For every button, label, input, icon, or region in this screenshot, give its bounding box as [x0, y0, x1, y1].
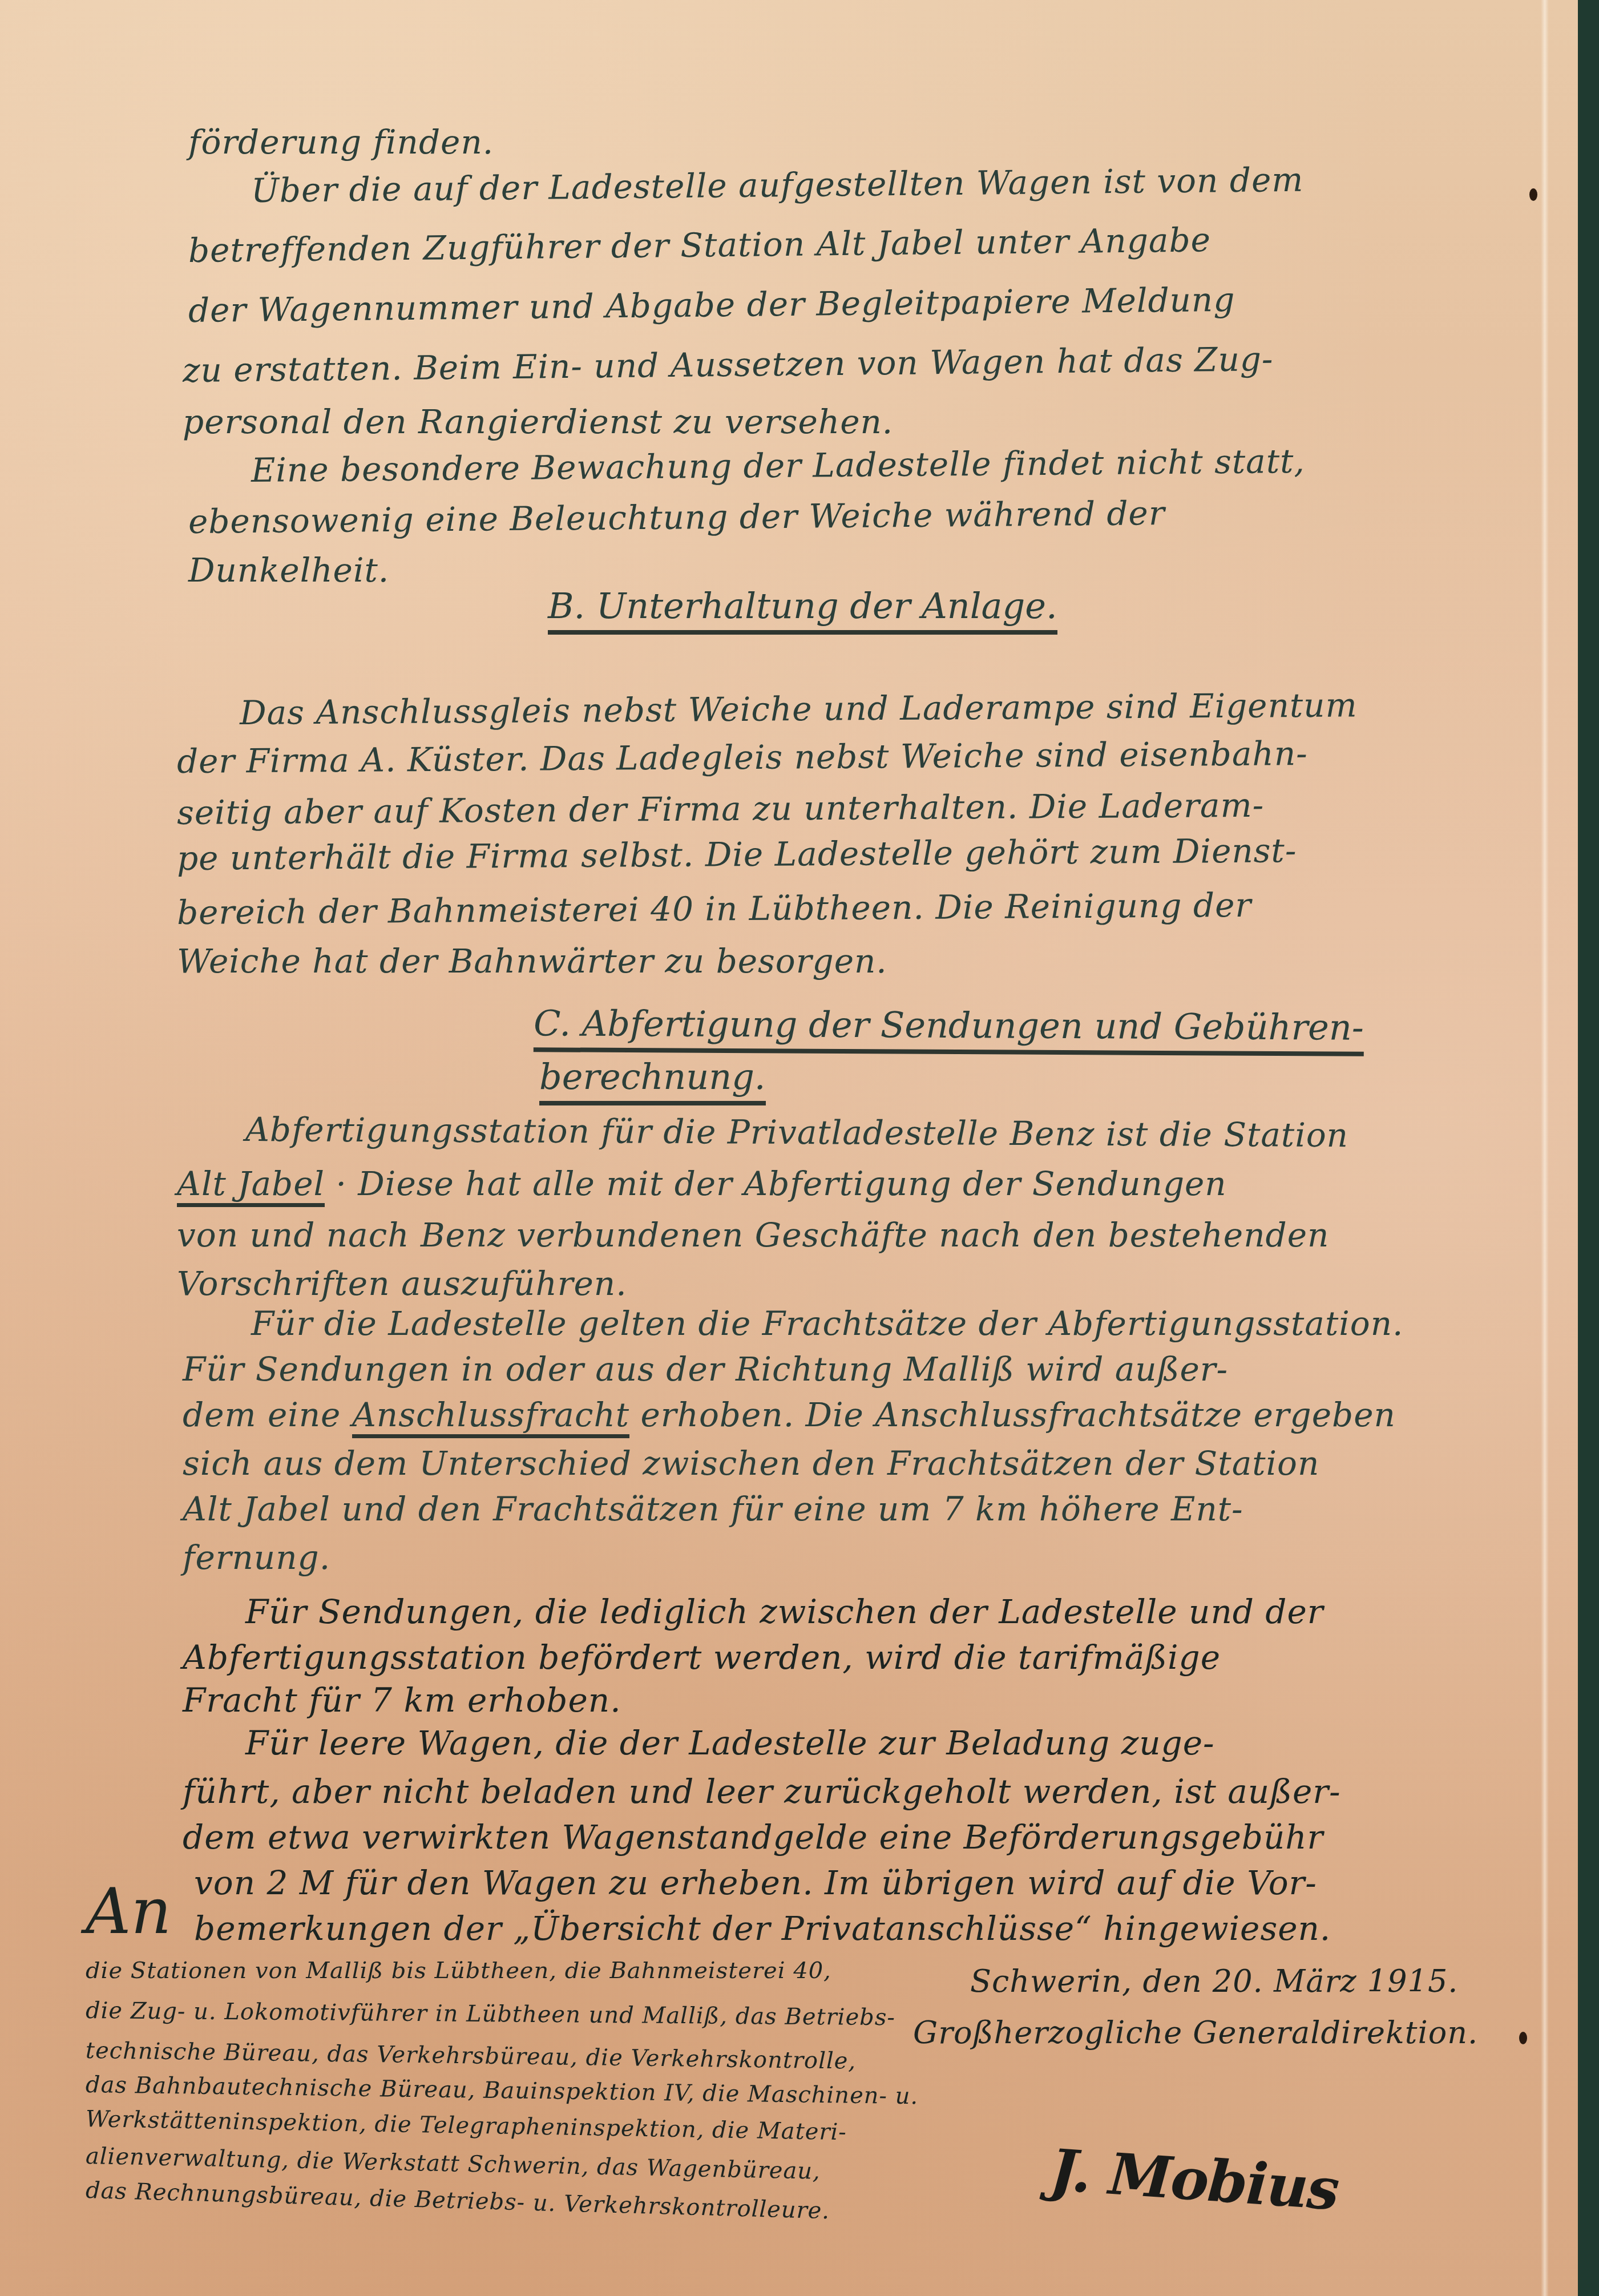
- text-line: führt, aber nicht beladen und leer zurüc…: [183, 1772, 1341, 1811]
- text-line-start: dem eine: [183, 1395, 352, 1434]
- text-line: Fracht für 7 km erhoben.: [183, 1681, 621, 1720]
- signature: J. Mobius: [1048, 2136, 1341, 2224]
- text-line: seitig aber auf Kosten der Firma zu unte…: [177, 786, 1265, 832]
- text-line: Abfertigungsstation befördert werden, wi…: [183, 1638, 1221, 1677]
- text-line: der Wagennummer und Abgabe der Begleitpa…: [188, 280, 1235, 330]
- text-line: der Firma A. Küster. Das Ladegleis nebst…: [177, 734, 1308, 781]
- text-line: Alt Jabel und den Frachtsätzen für eine …: [183, 1490, 1243, 1528]
- text-line: Für Sendungen, die lediglich zwischen de…: [245, 1592, 1324, 1631]
- distribution-margin-mark: An: [86, 1875, 171, 1948]
- place-date: Schwerin, den 20. März 1915.: [970, 1963, 1458, 1999]
- text-line: pe unterhält die Firma selbst. Die Lades…: [177, 831, 1297, 878]
- text-line: dem eine Anschlussfracht erhoben. Die An…: [183, 1395, 1396, 1434]
- text-line: bemerkungen der „Übersicht der Privatans…: [194, 1909, 1331, 1948]
- text-line: ebensowenig eine Beleuchtung der Weiche …: [188, 494, 1165, 541]
- text-line: von und nach Benz verbundenen Geschäfte …: [177, 1216, 1329, 1254]
- text-line-rest: · Diese hat alle mit der Abfertigung der…: [325, 1164, 1227, 1203]
- text-line: förderung finden.: [188, 123, 494, 162]
- text-line: Das Anschlussgleis nebst Weiche und Lade…: [240, 685, 1358, 732]
- paper-hole: [1529, 188, 1537, 201]
- text-line: personal den Rangierdienst zu versehen.: [183, 402, 893, 441]
- distribution-line: Werkstätteninspektion, die Telegraphenin…: [86, 2106, 847, 2145]
- paper-fold: [1541, 0, 1549, 2296]
- text-line: fernung.: [183, 1538, 330, 1577]
- text-line: dem etwa verwirkten Wagenstandgelde eine…: [183, 1818, 1323, 1857]
- text-line: Eine besondere Bewachung der Ladestelle …: [251, 442, 1305, 490]
- text-line: betreffenden Zugführer der Station Alt J…: [188, 220, 1212, 270]
- text-line: Für die Ladestelle gelten die Frachtsätz…: [251, 1304, 1403, 1343]
- text-line: Weiche hat der Bahnwärter zu besorgen.: [177, 942, 887, 980]
- distribution-line: das Rechnungsbüreau, die Betriebs- u. Ve…: [85, 2177, 830, 2224]
- text-line: sich aus dem Unterschied zwischen den Fr…: [183, 1444, 1319, 1483]
- distribution-line: das Bahnbautechnische Büreau, Bauinspekt…: [86, 2072, 919, 2109]
- text-line: bereich der Bahnmeisterei 40 in Lübtheen…: [177, 886, 1252, 932]
- distribution-line: technische Büreau, das Verkehrsbüreau, d…: [86, 2037, 857, 2075]
- text-line: Über die auf der Ladestelle aufgestellte…: [251, 160, 1304, 210]
- highlighted-station-name: Alt Jabel: [177, 1164, 325, 1207]
- text-line: Abfertigungsstation für die Privatladest…: [245, 1110, 1348, 1155]
- distribution-line: alienverwaltung, die Werkstatt Schwerin,…: [86, 2143, 821, 2185]
- distribution-line: die Zug- u. Lokomotivführer in Lübtheen …: [86, 1998, 895, 2031]
- text-line: zu erstatten. Beim Ein- und Aussetzen vo…: [183, 340, 1274, 390]
- section-c-heading: C. Abfertigung der Sendungen und Gebühre…: [534, 1002, 1364, 1056]
- text-line: Vorschriften auszuführen.: [177, 1264, 627, 1303]
- text-line: Für Sendungen in oder aus der Richtung M…: [183, 1350, 1228, 1389]
- text-line: Für leere Wagen, die der Ladestelle zur …: [245, 1724, 1215, 1762]
- text-line: Alt Jabel · Diese hat alle mit der Abfer…: [177, 1164, 1227, 1203]
- document-page: förderung finden. Über die auf der Lades…: [0, 0, 1578, 2296]
- text-line-rest: erhoben. Die Anschlussfrachtsätze ergebe…: [629, 1395, 1396, 1434]
- issuing-authority: Großherzogliche Generaldirektion.: [913, 2015, 1478, 2051]
- section-b-heading: B. Unterhaltung der Anlage.: [548, 585, 1057, 635]
- text-line: von 2 M für den Wagen zu erheben. Im übr…: [194, 1863, 1317, 1902]
- highlighted-term: Anschlussfracht: [352, 1395, 629, 1438]
- text-line: Dunkelheit.: [188, 551, 389, 590]
- paper-hole: [1519, 2032, 1527, 2044]
- distribution-line: die Stationen von Malliß bis Lübtheen, d…: [86, 1958, 831, 1984]
- section-c-heading-continued: berechnung.: [539, 1056, 766, 1105]
